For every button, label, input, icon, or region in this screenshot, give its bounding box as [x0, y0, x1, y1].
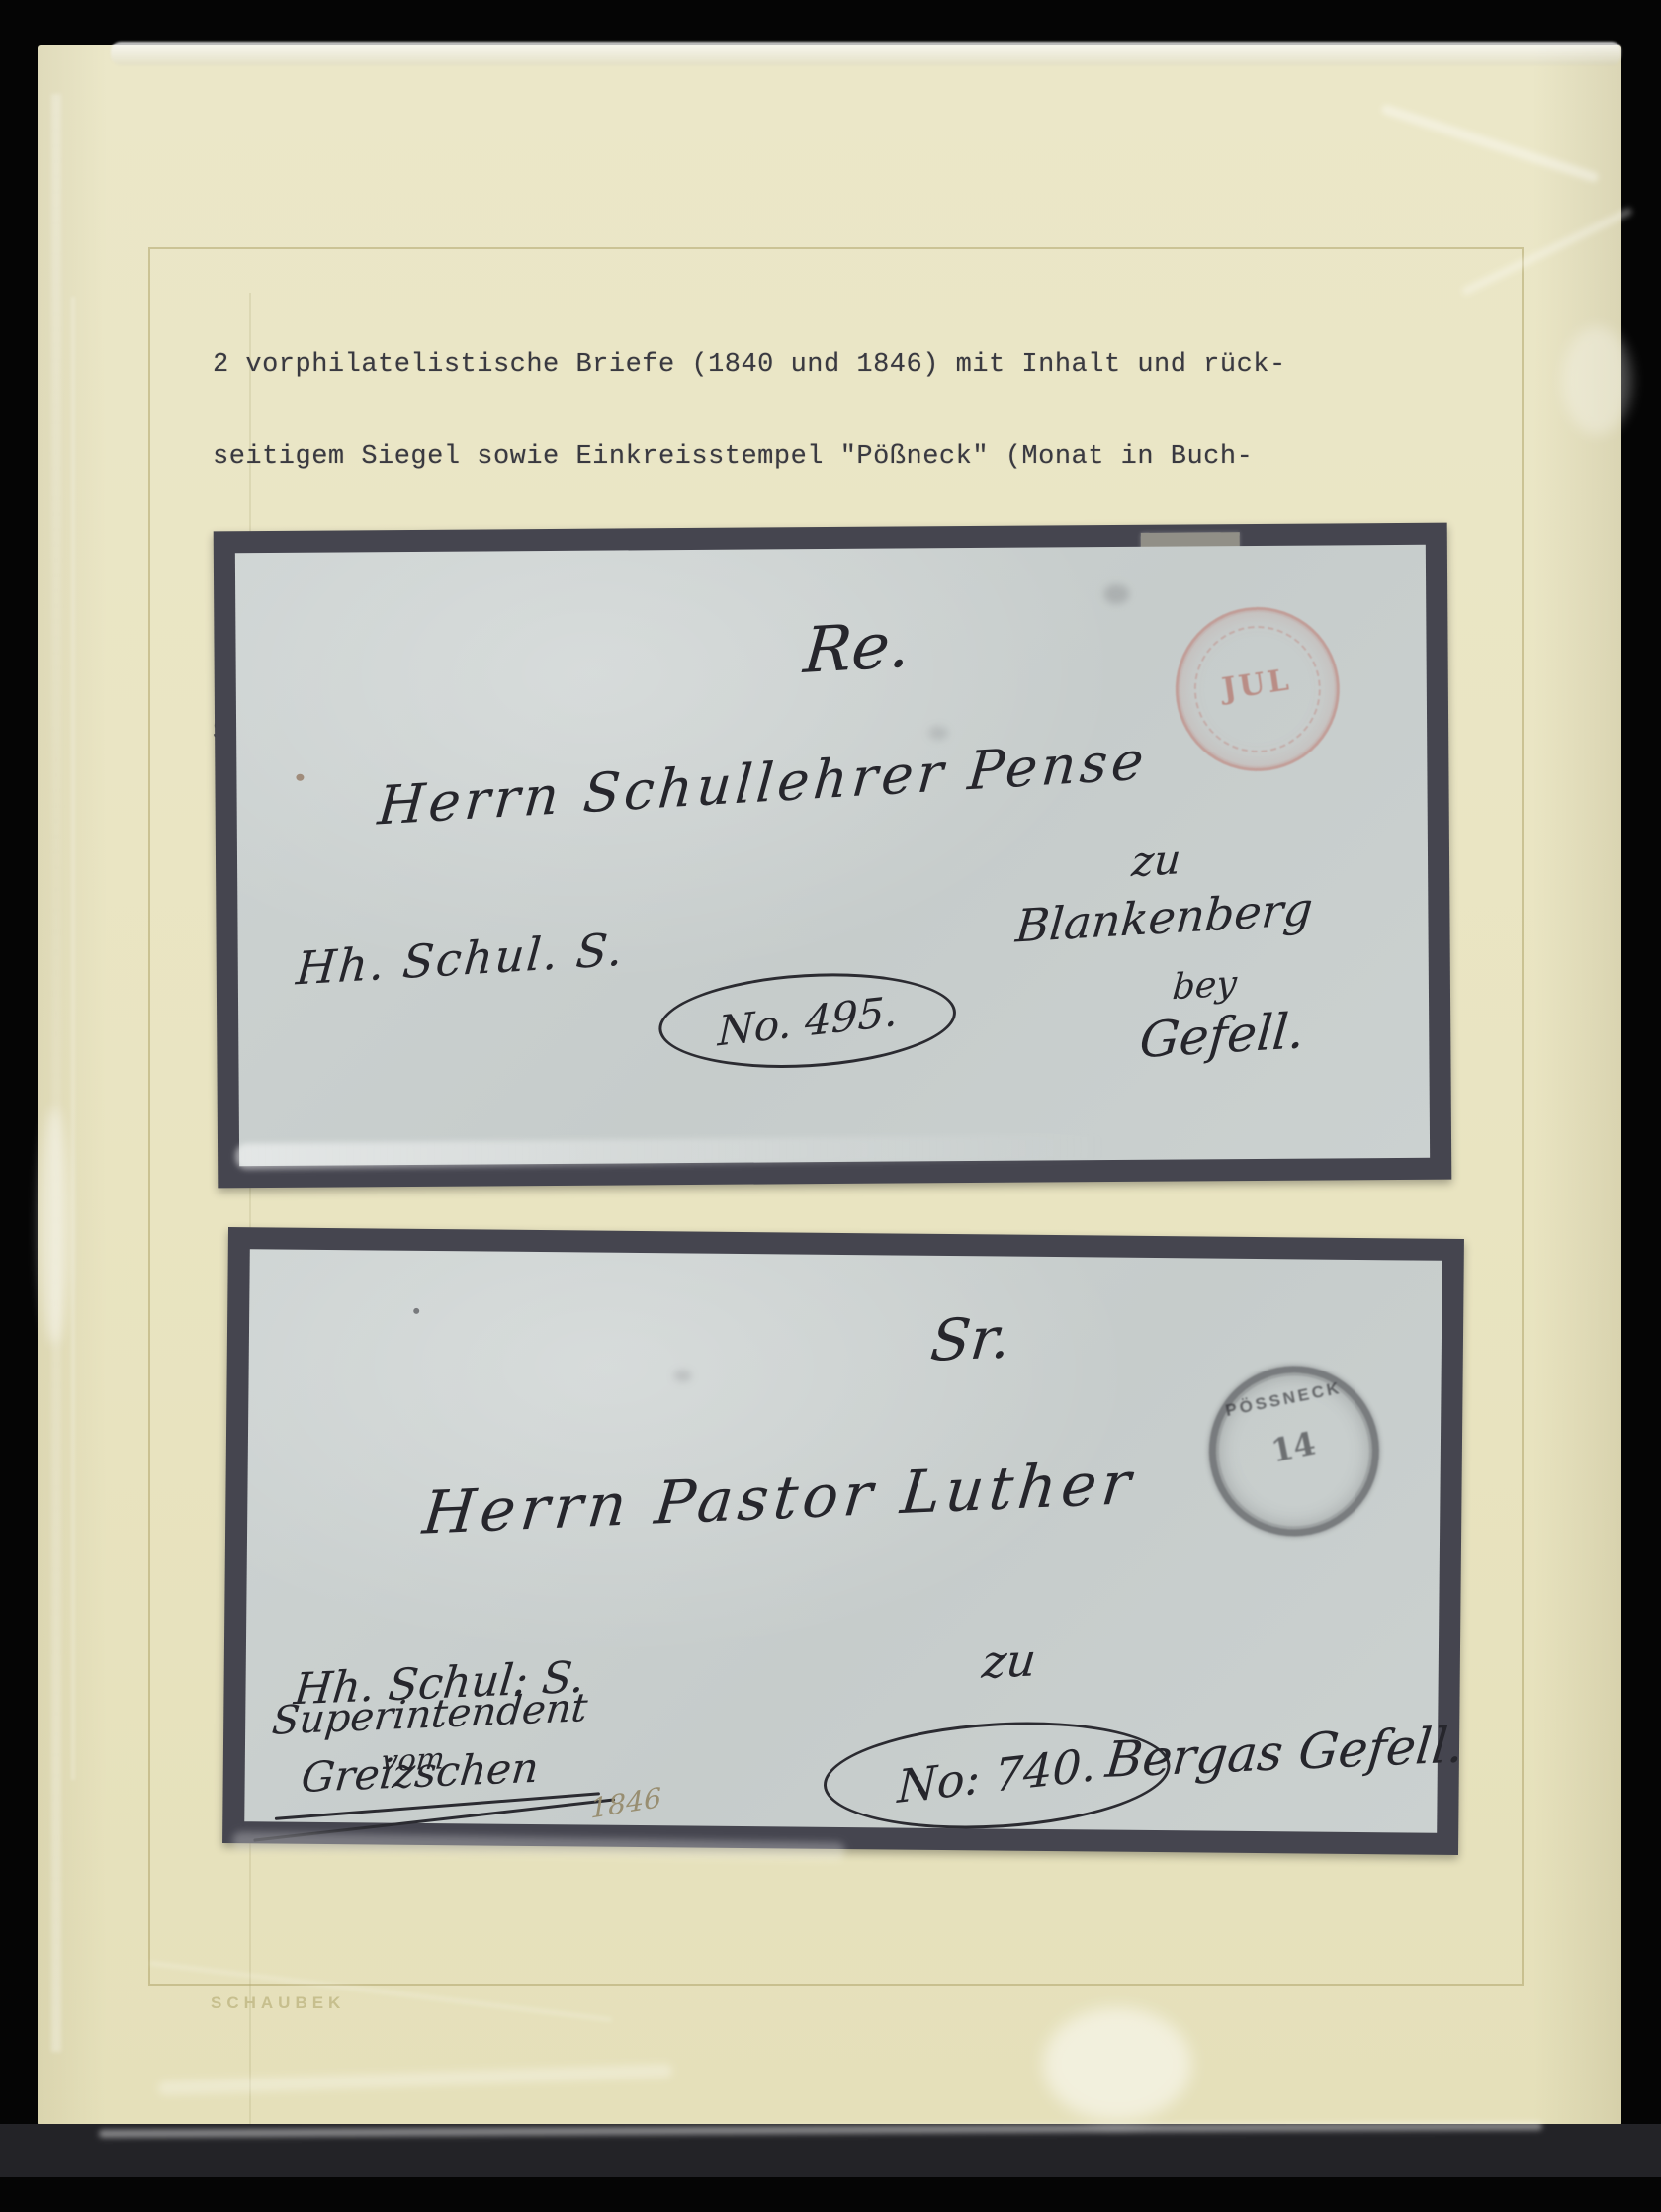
destination-place-script: Bergas Gefell. — [1103, 1717, 1466, 1789]
schaubek-publisher-imprint: SCHAUBEK — [211, 1993, 345, 2013]
cover2-paper: PÖSSNECK 14 Sr. Herrn Pastor Luther zu H… — [244, 1249, 1442, 1833]
addressee-script: Herrn Schullehrer Pense — [376, 730, 1150, 838]
address-honorific-script: Re. — [801, 609, 913, 688]
address-honorific-script: Sr. — [927, 1304, 1013, 1374]
postmark-day-text: 14 — [1213, 1413, 1373, 1481]
destination-zu-script: zu — [1130, 835, 1182, 886]
destination-place-script: Gefell. — [1137, 1002, 1306, 1069]
poessneck-date-postmark: PÖSSNECK 14 — [1194, 1351, 1395, 1551]
description-line-1: 2 vorphilatelistische Briefe (1840 und 1… — [213, 350, 1379, 381]
registry-number-text: No. 495. — [717, 986, 898, 1054]
cover-1840-letter: JUL Re. Herrn Schullehrer Pense Hh. Schu… — [214, 523, 1452, 1189]
cover1-paper: JUL Re. Herrn Schullehrer Pense Hh. Schu… — [235, 545, 1430, 1166]
paper-smudge — [1103, 584, 1129, 604]
registry-number-text: No: 740. — [897, 1737, 1096, 1814]
description-line-2: seitigem Siegel sowie Einkreisstempel "P… — [213, 442, 1379, 473]
paper-smudge — [674, 1370, 692, 1381]
page-shading-left — [38, 45, 107, 2126]
paper-speck — [413, 1308, 419, 1314]
cover-1846-letter: PÖSSNECK 14 Sr. Herrn Pastor Luther zu H… — [222, 1227, 1464, 1855]
paper-speck — [296, 774, 304, 781]
destination-town-script: Blankenberg — [1013, 882, 1314, 953]
registry-number-oval: No. 495. — [656, 965, 959, 1076]
page-shading-right — [1532, 45, 1621, 2126]
pencil-year-note: 1846 — [590, 1781, 662, 1824]
addressee-script: Herrn Pastor Luther — [420, 1449, 1139, 1548]
destination-bey-script: bey — [1171, 963, 1238, 1008]
signature-script: Greizschen — [300, 1743, 541, 1802]
scanned-album-page-photo: 2 vorphilatelistische Briefe (1840 und 1… — [0, 0, 1661, 2212]
sender-note-script: Hh. Schul. S. — [295, 923, 627, 996]
postmark-town-text: PÖSSNECK — [1205, 1374, 1362, 1425]
red-poessneck-postmark: JUL — [1165, 596, 1351, 782]
paper-smudge — [928, 726, 948, 740]
destination-zu-script: zu — [980, 1634, 1038, 1689]
